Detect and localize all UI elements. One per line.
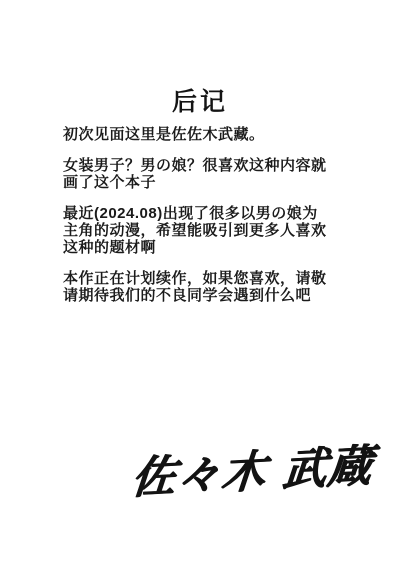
afterword-paragraph-3: 最近(2024.08)出现了很多以男の娘为 主角的动漫，希望能吸引到更多人喜欢 … xyxy=(63,205,351,256)
page-title: 后记 xyxy=(0,82,400,118)
afterword-paragraph-2: 女装男子？男の娘？很喜欢这种内容就 画了这个本子 xyxy=(63,157,351,191)
afterword-paragraph-4: 本作正在计划续作，如果您喜欢，请敬 请期待我们的不良同学会遇到什么吧 xyxy=(63,270,351,304)
afterword-paragraph-1: 初次见面这里是佐佐木武藏。 xyxy=(63,126,351,143)
afterword-body: 初次见面这里是佐佐木武藏。 女装男子？男の娘？很喜欢这种内容就 画了这个本子 最… xyxy=(63,126,351,318)
author-signature-calligraphy: 佐々木 武蔵 xyxy=(129,430,364,506)
afterword-page: 后记 初次见面这里是佐佐木武藏。 女装男子？男の娘？很喜欢这种内容就 画了这个本… xyxy=(0,0,400,565)
